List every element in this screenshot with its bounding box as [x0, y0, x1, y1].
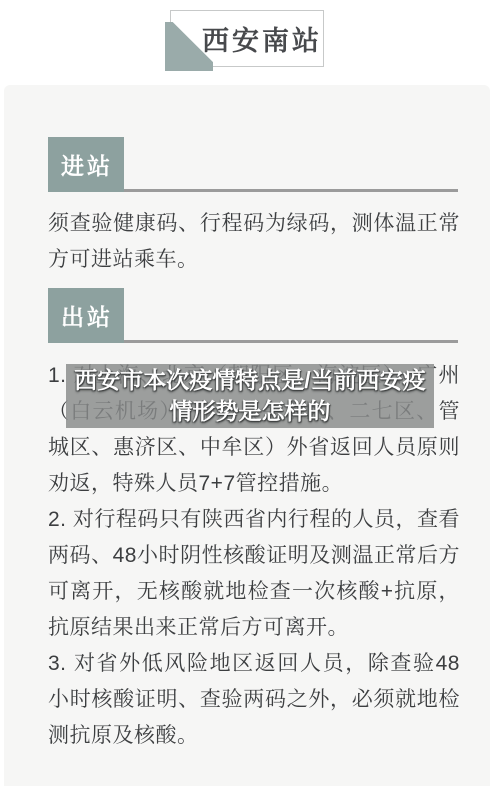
video-caption-overlay: 西安市本次疫情特点是/当前西安疫 情形势是怎样的	[66, 364, 434, 428]
caption-line-2: 情形势是怎样的	[66, 396, 434, 427]
notice-page: 西安南站 进站 须查验健康码、行程码为绿码，测体温正常方可进站乘车。 出站 1.…	[0, 0, 500, 795]
content-panel: 进站 须查验健康码、行程码为绿码，测体温正常方可进站乘车。 出站 1. 对上海、…	[4, 85, 490, 786]
exit-rule-item-3: 3. 对省外低风险地区返回人员，除查验48小时核酸证明、查验两码之外，必须就地检…	[48, 646, 460, 754]
exit-station-tag: 出站	[48, 288, 124, 343]
station-name-box: 西安南站	[170, 10, 324, 67]
station-name-label: 西安南站	[202, 19, 322, 58]
enter-station-tag: 进站	[48, 137, 124, 192]
caption-line-1: 西安市本次疫情特点是/当前西安疫	[66, 365, 434, 396]
enter-station-rules-text: 须查验健康码、行程码为绿码，测体温正常方可进站乘车。	[48, 206, 460, 278]
exit-rule-item-2: 2. 对行程码只有陕西省内行程的人员，查看两码、48小时阴性核酸证明及测温正常后…	[48, 502, 460, 646]
